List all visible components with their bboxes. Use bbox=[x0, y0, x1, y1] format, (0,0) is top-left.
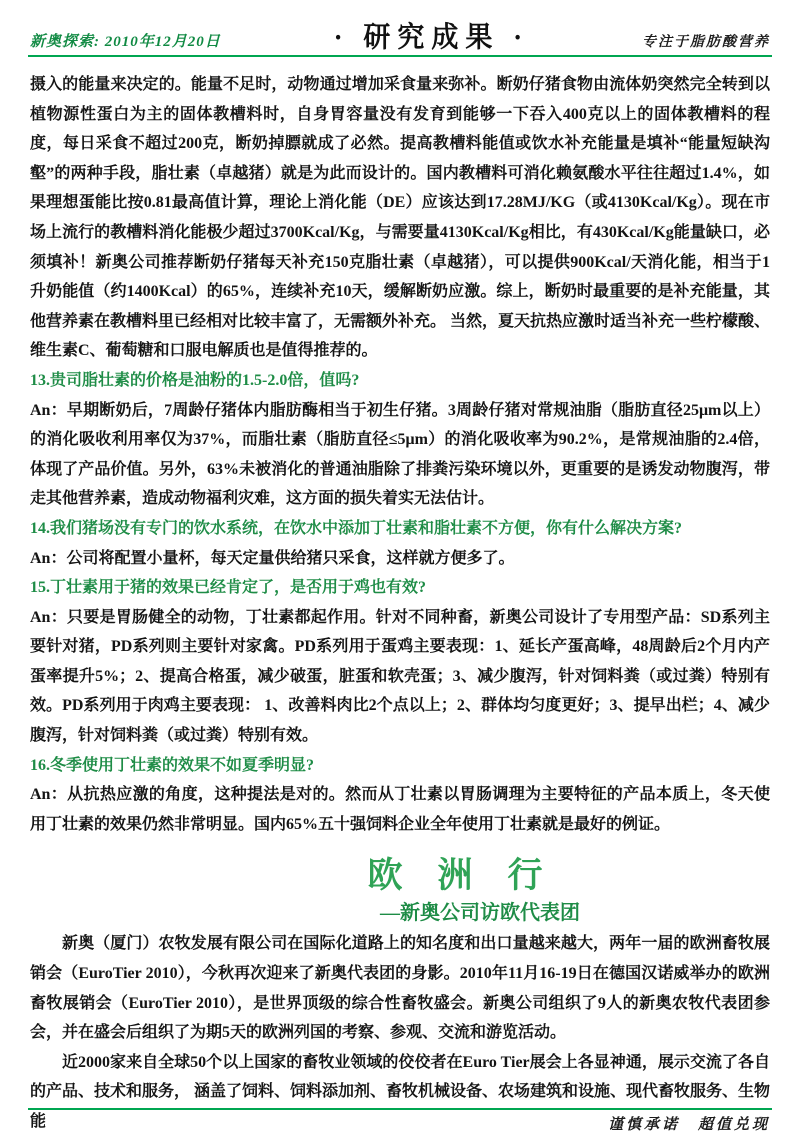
footer-slogan: 谨慎承诺 超值兑现 bbox=[0, 1110, 800, 1143]
page-header: 新奥探索: 2010年12月20日 · 研究成果 · 专注于脂肪酸营养 bbox=[0, 0, 800, 55]
section-subtitle: —新奥公司访欧代表团 bbox=[110, 897, 800, 929]
question-16-heading: 16.冬季使用丁壮素的效果不如夏季明显? bbox=[30, 751, 770, 781]
masthead-date: 新奥探索: 2010年12月20日 bbox=[30, 30, 221, 51]
answer-13-paragraph: An：早期断奶后，7周龄仔猪体内脂肪酶相当于初生仔猪。3周龄仔猪对常规油脂（脂肪… bbox=[30, 396, 770, 514]
answer-16-paragraph: An：从抗热应激的角度，这种提法是对的。然而从丁壮素以胃肠调理为主要特征的产品本… bbox=[30, 780, 770, 839]
newsletter-page: 新奥探索: 2010年12月20日 · 研究成果 · 专注于脂肪酸营养 摄入的能… bbox=[0, 0, 800, 1143]
answer-14-paragraph: An：公司将配置小量杯，每天定量供给猪只采食，这样就方便多了。 bbox=[30, 544, 770, 574]
europe-paragraph-1: 新奥（厦门）农牧发展有限公司在国际化道路上的知名度和出口量越来越大，两年一届的欧… bbox=[30, 929, 770, 1047]
question-14-heading: 14.我们猪场没有专门的饮水系统，在饮水中添加丁壮素和脂壮素不方便，你有什么解决… bbox=[30, 514, 770, 544]
article-body: 摄入的能量来决定的。能量不足时，动物通过增加采食量来弥补。断奶仔猪食物由流体奶突… bbox=[0, 57, 800, 1137]
answer-15-paragraph: An：只要是胃肠健全的动物，丁壮素都起作用。针对不同种畜，新奥公司设计了专用型产… bbox=[30, 603, 770, 751]
page-footer: 谨慎承诺 超值兑现 bbox=[0, 1108, 800, 1143]
masthead-slogan: 专注于脂肪酸营养 bbox=[642, 31, 770, 51]
intro-paragraph: 摄入的能量来决定的。能量不足时，动物通过增加采食量来弥补。断奶仔猪食物由流体奶突… bbox=[30, 70, 770, 366]
section-title-europe-trip: 欧 洲 行 bbox=[85, 855, 800, 897]
question-15-heading: 15.丁壮素用于猪的效果已经肯定了，是否用于鸡也有效? bbox=[30, 573, 770, 603]
page-title: · 研究成果 · bbox=[334, 23, 530, 51]
question-13-heading: 13.贵司脂壮素的价格是油粉的1.5-2.0倍，值吗? bbox=[30, 366, 770, 396]
